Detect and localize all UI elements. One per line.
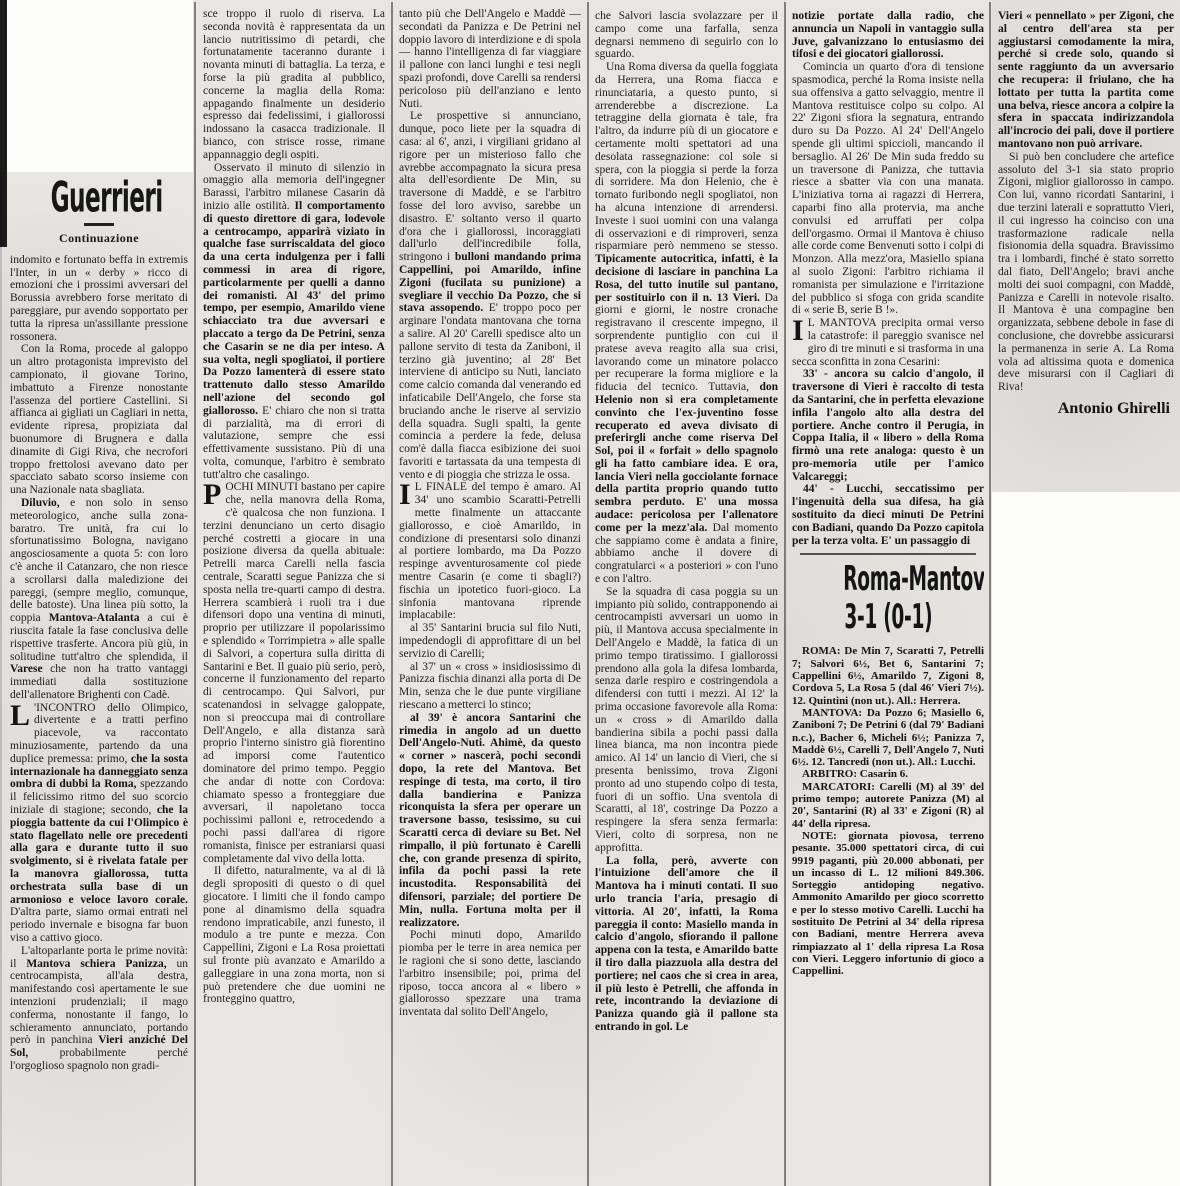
- match-scorebox: Roma-Mantova 3-1 (0-1) ROMA: De Min 7, S…: [792, 553, 984, 977]
- article-paragraph: 44' - Lucchi, seccatissimo per l'ingenui…: [792, 483, 984, 547]
- continuation-masthead: Guerrieri Continuazione: [10, 178, 188, 245]
- article-paragraph: Il difetto, naturalmente, va al di là de…: [203, 865, 385, 1006]
- article-paragraph: POCHI MINUTI bastano per capire che, nel…: [203, 481, 385, 865]
- scorebox-details: ROMA: De Min 7, Scaratti 7, Petrelli 7; …: [792, 645, 984, 977]
- article-paragraph: al 37' un « cross » insidiosissimo di Pa…: [399, 661, 581, 712]
- article-paragraph: al 39' è ancora Santarini che rimedia in…: [399, 712, 581, 930]
- drop-cap: P: [203, 482, 221, 508]
- scorers-line: MARCATORI: Carelli (M) al 39' del primo …: [792, 781, 984, 830]
- article-column-4: che Salvori lascia svolazzare per il cam…: [595, 10, 778, 1184]
- article-paragraph: IL FINALE del tempo è amaro. Al 34' uno …: [399, 481, 581, 622]
- article-column-3: tanto più che Dell'Angelo e Maddè — seco…: [399, 8, 581, 1184]
- article-paragraph: La folla, però, avverte con l'intuizione…: [595, 855, 778, 1034]
- article-paragraph: L'INCONTRO dello Olimpico, divertente e …: [10, 702, 188, 945]
- article-paragraph: Comincia un quarto d'ora di tensione spa…: [792, 61, 984, 317]
- author-signature: Antonio Ghirelli: [998, 403, 1174, 416]
- article-paragraph: Con la Roma, procede al galoppo un altro…: [10, 343, 188, 497]
- article-paragraph: L'altoparlante porta le prime novità: il…: [10, 945, 188, 1073]
- article-paragraph: sce troppo il ruolo di riserva. La secon…: [203, 8, 385, 162]
- clipping-edge: [0, 172, 2, 1186]
- column-divider: [989, 2, 991, 1186]
- article-paragraph: che Salvori lascia svolazzare per il cam…: [595, 10, 778, 61]
- scorebox-rule: [800, 553, 977, 555]
- match-notes: NOTE: giornata piovosa, terreno pesante.…: [792, 830, 984, 978]
- article-paragraph: al 35' Santarini brucia sul filo Nuti, i…: [399, 622, 581, 660]
- article-text-flow: notizie portate dalla radio, che annunci…: [792, 10, 984, 547]
- article-column-5: notizie portate dalla radio, che annunci…: [792, 10, 984, 1184]
- mantova-lineup: MANTOVA: Da Pozzo 6; Masiello 6, Zanibon…: [792, 707, 984, 768]
- scorebox-result: 3-1 (0-1): [792, 597, 984, 637]
- article-paragraph: Osservato il minuto di silenzio in omagg…: [203, 162, 385, 482]
- article-paragraph: Pochi minuti dopo, Amarildo piomba per l…: [399, 929, 581, 1019]
- article-paragraph: Le prospettive si annunciano, dunque, po…: [399, 110, 581, 481]
- article-column-1: Guerrieri Continuazione indomito e fortu…: [10, 178, 188, 1184]
- article-text-flow: sce troppo il ruolo di riserva. La secon…: [203, 8, 385, 1006]
- article-paragraph: Una Roma diversa da quella foggiata da H…: [595, 61, 778, 586]
- article-paragraph: Si può ben concludere che artefice assol…: [998, 151, 1174, 394]
- drop-cap: I: [792, 318, 804, 344]
- article-column-6: Vieri « pennellato » per Zigoni, che al …: [998, 10, 1174, 484]
- article-paragraph: 33' - ancora su calcio d'angolo, il trav…: [792, 368, 984, 483]
- referee-line: ARBITRO: Casarin 6.: [792, 768, 984, 780]
- article-paragraph: Vieri « pennellato » per Zigoni, che al …: [998, 10, 1174, 151]
- headline-rule: [84, 223, 114, 226]
- drop-cap: L: [10, 703, 30, 729]
- column-divider: [194, 2, 196, 1186]
- roma-lineup: ROMA: De Min 7, Scaratti 7, Petrelli 7; …: [792, 645, 984, 706]
- column-divider: [391, 2, 393, 1186]
- scorebox-title: Roma-Mantova: [792, 561, 984, 597]
- newspaper-page: Guerrieri Continuazione indomito e fortu…: [0, 0, 1180, 1186]
- drop-cap: I: [399, 482, 411, 508]
- article-paragraph: Se la squadra di casa poggia su un impia…: [595, 586, 778, 855]
- article-paragraph: indomito e fortunato beffa in extremis l…: [10, 254, 188, 344]
- article-paragraph: notizie portate dalla radio, che annunci…: [792, 10, 984, 61]
- article-text-flow: tanto più che Dell'Angelo e Maddè — seco…: [399, 8, 581, 1019]
- article-paragraph: Diluvio, e non solo in senso meteorologi…: [10, 497, 188, 702]
- article-headline: Guerrieri: [10, 178, 188, 218]
- article-text-flow: che Salvori lascia svolazzare per il cam…: [595, 10, 778, 1034]
- article-text-flow: indomito e fortunato beffa in extremis l…: [10, 254, 188, 1073]
- column-divider: [587, 2, 589, 1186]
- article-paragraph: tanto più che Dell'Angelo e Maddè — seco…: [399, 8, 581, 110]
- continuation-label: Continuazione: [10, 232, 188, 245]
- article-text-flow: Vieri « pennellato » per Zigoni, che al …: [998, 10, 1174, 394]
- article-paragraph: IL MANTOVA precipita ormai verso la cata…: [792, 317, 984, 368]
- article-column-2: sce troppo il ruolo di riserva. La secon…: [203, 8, 385, 1184]
- column-divider: [784, 2, 786, 1186]
